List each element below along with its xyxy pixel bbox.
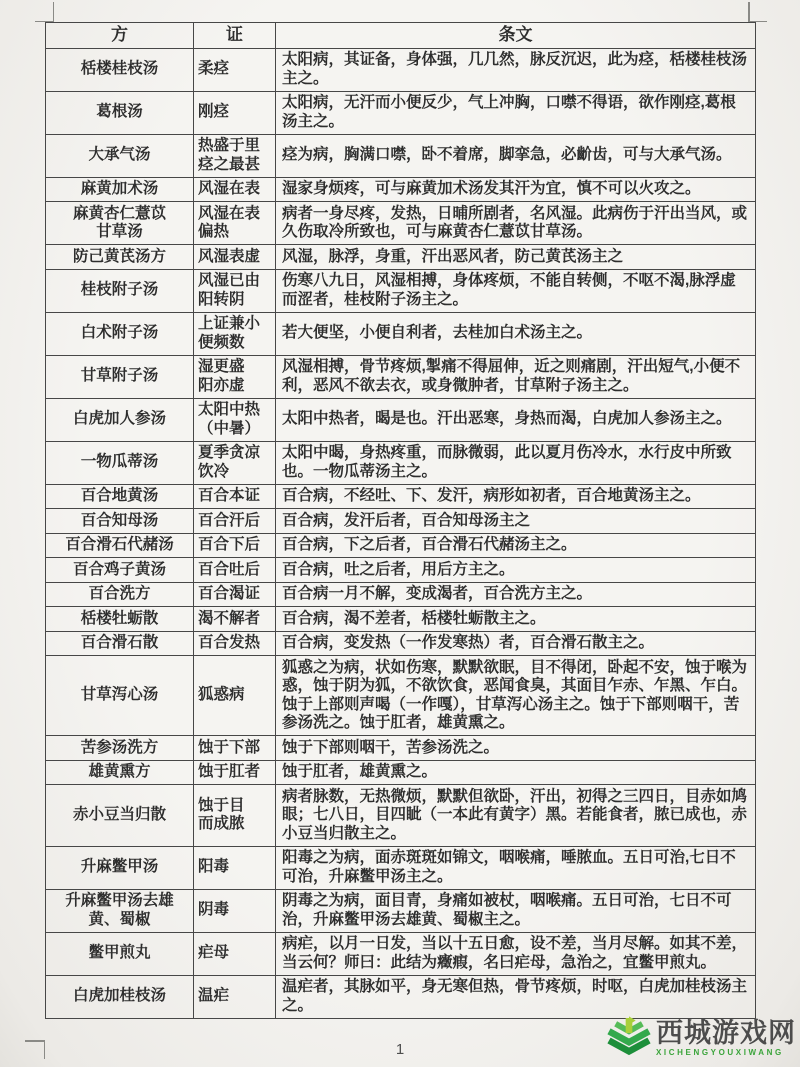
table-header-row: 方 证 条文 [46, 23, 756, 49]
formula-cell: 鳖甲煎丸 [46, 932, 194, 975]
formula-cell: 升麻鳖甲汤去雄 黄、蜀椒 [46, 889, 194, 932]
column-header-passage: 条文 [276, 23, 756, 49]
passage-cell: 痉为病，胸满口噤，卧不着席，脚挛急，必齘齿，可与大承气汤。 [276, 134, 756, 177]
formula-cell: 大承气汤 [46, 134, 194, 177]
syndrome-cell: 风湿表虚 [194, 245, 276, 270]
passage-cell: 百合病，渴不差者，栝楼牡蛎散主之。 [276, 607, 756, 632]
formula-cell: 百合滑石代赭汤 [46, 533, 194, 558]
table-row: 百合知母汤 百合汗后 百合病，发汗后者，百合知母汤主之 [46, 509, 756, 534]
watermark-site-name: 西城游戏网 [656, 1019, 796, 1047]
wheat-diamond-icon [604, 1013, 654, 1063]
formula-cell: 苦参汤洗方 [46, 736, 194, 761]
passage-cell: 伤寒八九日，风湿相搏，身体疼烦，不能自转侧，不呕不渴,脉浮虚而涩者，桂枝附子汤主… [276, 269, 756, 312]
formula-cell: 麻黄加术汤 [46, 177, 194, 202]
syndrome-cell: 太阳中热 （中暑） [194, 398, 276, 441]
syndrome-cell: 百合下后 [194, 533, 276, 558]
table-row: 防己黄芪汤方 风湿表虚 风湿，脉浮，身重，汗出恶风者，防己黄芪汤主之 [46, 245, 756, 270]
syndrome-cell: 百合汗后 [194, 509, 276, 534]
table-row: 甘草泻心汤 狐惑病 狐惑之为病，状如伤寒，默默欲眠，目不得闭，卧起不安，蚀于喉为… [46, 656, 756, 736]
passage-cell: 太阳病，无汗而小便反少，气上冲胸，口噤不得语，欲作刚痉,葛根汤主之。 [276, 91, 756, 134]
column-header-formula: 方 [46, 23, 194, 49]
table-row: 白虎加桂枝汤 温疟 温疟者，其脉如平，身无寒但热，骨节疼烦，时呕，白虎加桂枝汤主… [46, 975, 756, 1018]
passage-cell: 百合病，吐之后者，用后方主之。 [276, 558, 756, 583]
table-row: 赤小豆当归散 蚀于目 而成脓 病者脉数，无热微烦，默默但欲卧，汗出，初得之三四日… [46, 785, 756, 847]
formula-cell: 赤小豆当归散 [46, 785, 194, 847]
table-row: 百合洗方 百合渴证 百合病一月不解，变成渴者，百合洗方主之。 [46, 582, 756, 607]
syndrome-cell: 疟母 [194, 932, 276, 975]
document-page: 方 证 条文 栝楼桂枝汤 柔痉 太阳病，其证备，身体强，几几然，脉反沉迟，此为痉… [0, 0, 800, 1067]
passage-cell: 太阳中热者，暍是也。汗出恶寒，身热而渴，白虎加人参汤主之。 [276, 398, 756, 441]
column-header-syndrome: 证 [194, 23, 276, 49]
syndrome-cell: 夏季贪凉 饮冷 [194, 441, 276, 484]
formula-cell: 葛根汤 [46, 91, 194, 134]
syndrome-cell: 百合吐后 [194, 558, 276, 583]
syndrome-cell: 狐惑病 [194, 656, 276, 736]
table-row: 甘草附子汤 湿更盛 阳亦虚 风湿相搏，骨节疼烦,掣痛不得屈伸，近之则痛剧，汗出短… [46, 355, 756, 398]
passage-cell: 病者一身尽疼，发热，日晡所剧者，名风湿。此病伤于汗出当风，或久伤取冷所致也，可与… [276, 202, 756, 245]
table-row: 鳖甲煎丸 疟母 病疟，以月一日发，当以十五日愈，设不差，当月尽解。如其不差，当云… [46, 932, 756, 975]
syndrome-cell: 阴毒 [194, 889, 276, 932]
table-row: 桂枝附子汤 风湿已由 阳转阴 伤寒八九日，风湿相搏，身体疼烦，不能自转侧，不呕不… [46, 269, 756, 312]
watermark: 西城游戏网 XICHENGYOUXIWANG [604, 1013, 796, 1063]
passage-cell: 阳毒之为病，面赤斑斑如锦文，咽喉痛，唾脓血。五日可治,七日不可治，升麻鳖甲汤主之… [276, 846, 756, 889]
passage-cell: 百合病，变发热（一作发寒热）者，百合滑石散主之。 [276, 631, 756, 656]
syndrome-cell: 湿更盛 阳亦虚 [194, 355, 276, 398]
syndrome-cell: 上证兼小 便频数 [194, 312, 276, 355]
syndrome-cell: 百合渴证 [194, 582, 276, 607]
formula-cell: 升麻鳖甲汤 [46, 846, 194, 889]
crop-mark-bottom-left [25, 1040, 45, 1061]
syndrome-cell: 热盛于里 痉之最甚 [194, 134, 276, 177]
table-row: 一物瓜蒂汤 夏季贪凉 饮冷 太阳中暍，身热疼重，而脉微弱，此以夏月伤冷水，水行皮… [46, 441, 756, 484]
syndrome-cell: 温疟 [194, 975, 276, 1018]
table-row: 百合滑石代赭汤 百合下后 百合病，下之后者，百合滑石代赭汤主之。 [46, 533, 756, 558]
table-row: 麻黄加术汤 风湿在表 湿家身烦疼，可与麻黄加术汤发其汗为宜，慎不可以火攻之。 [46, 177, 756, 202]
passage-cell: 湿家身烦疼，可与麻黄加术汤发其汗为宜，慎不可以火攻之。 [276, 177, 756, 202]
syndrome-cell: 百合本证 [194, 484, 276, 509]
formula-cell: 百合洗方 [46, 582, 194, 607]
passage-cell: 蚀于下部则咽干，苦参汤洗之。 [276, 736, 756, 761]
passage-cell: 病疟，以月一日发，当以十五日愈，设不差，当月尽解。如其不差，当云何？师曰：此结为… [276, 932, 756, 975]
passage-cell: 百合病，不经吐、下、发汗，病形如初者，百合地黄汤主之。 [276, 484, 756, 509]
table-row: 白虎加人参汤 太阳中热 （中暑） 太阳中热者，暍是也。汗出恶寒，身热而渴，白虎加… [46, 398, 756, 441]
table-row: 雄黄熏方 蚀于肛者 蚀于肛者，雄黄熏之。 [46, 760, 756, 785]
table-row: 白术附子汤 上证兼小 便频数 若大便坚，小便自利者，去桂加白术汤主之。 [46, 312, 756, 355]
formula-cell: 一物瓜蒂汤 [46, 441, 194, 484]
table-row: 葛根汤 刚痉 太阳病，无汗而小便反少，气上冲胸，口噤不得语，欲作刚痉,葛根汤主之… [46, 91, 756, 134]
table-row: 升麻鳖甲汤 阳毒 阳毒之为病，面赤斑斑如锦文，咽喉痛，唾脓血。五日可治,七日不可… [46, 846, 756, 889]
passage-cell: 蚀于肛者，雄黄熏之。 [276, 760, 756, 785]
table-row: 苦参汤洗方 蚀于下部 蚀于下部则咽干，苦参汤洗之。 [46, 736, 756, 761]
table-row: 升麻鳖甲汤去雄 黄、蜀椒 阴毒 阴毒之为病，面目青，身痛如被杖，咽喉痛。五日可治… [46, 889, 756, 932]
passage-cell: 百合病，发汗后者，百合知母汤主之 [276, 509, 756, 534]
syndrome-cell: 风湿已由 阳转阴 [194, 269, 276, 312]
table-row: 百合地黄汤 百合本证 百合病，不经吐、下、发汗，病形如初者，百合地黄汤主之。 [46, 484, 756, 509]
watermark-text-block: 西城游戏网 XICHENGYOUXIWANG [656, 1019, 796, 1058]
passage-cell: 若大便坚，小便自利者，去桂加白术汤主之。 [276, 312, 756, 355]
passage-cell: 太阳中暍，身热疼重，而脉微弱，此以夏月伤冷水，水行皮中所致也。一物瓜蒂汤主之。 [276, 441, 756, 484]
table-row: 百合滑石散 百合发热 百合病，变发热（一作发寒热）者，百合滑石散主之。 [46, 631, 756, 656]
syndrome-cell: 刚痉 [194, 91, 276, 134]
syndrome-cell: 渴不解者 [194, 607, 276, 632]
table-row: 大承气汤 热盛于里 痉之最甚 痉为病，胸满口噤，卧不着席，脚挛急，必齘齿，可与大… [46, 134, 756, 177]
formula-cell: 雄黄熏方 [46, 760, 194, 785]
syndrome-cell: 柔痉 [194, 48, 276, 91]
formula-cell: 栝楼牡蛎散 [46, 607, 194, 632]
passage-cell: 太阳病，其证备，身体强，几几然，脉反沉迟，此为痉，栝楼桂枝汤主之。 [276, 48, 756, 91]
passage-cell: 百合病，下之后者，百合滑石代赭汤主之。 [276, 533, 756, 558]
formula-cell: 百合知母汤 [46, 509, 194, 534]
syndrome-cell: 风湿在表 [194, 177, 276, 202]
passage-cell: 温疟者，其脉如平，身无寒但热，骨节疼烦，时呕，白虎加桂枝汤主之。 [276, 975, 756, 1018]
syndrome-cell: 蚀于肛者 [194, 760, 276, 785]
table-row: 百合鸡子黄汤 百合吐后 百合病，吐之后者，用后方主之。 [46, 558, 756, 583]
formula-cell: 百合地黄汤 [46, 484, 194, 509]
passage-cell: 风湿相搏，骨节疼烦,掣痛不得屈伸，近之则痛剧，汗出短气,小便不利，恶风不欲去衣，… [276, 355, 756, 398]
passage-cell: 百合病一月不解，变成渴者，百合洗方主之。 [276, 582, 756, 607]
formula-cell: 白虎加桂枝汤 [46, 975, 194, 1018]
syndrome-cell: 蚀于下部 [194, 736, 276, 761]
crop-mark-top-right [748, 2, 768, 22]
formula-cell: 麻黄杏仁薏苡 甘草汤 [46, 202, 194, 245]
formula-cell: 甘草泻心汤 [46, 656, 194, 736]
formula-cell: 甘草附子汤 [46, 355, 194, 398]
syndrome-cell: 百合发热 [194, 631, 276, 656]
formula-cell: 百合滑石散 [46, 631, 194, 656]
formula-cell: 白虎加人参汤 [46, 398, 194, 441]
formula-cell: 防己黄芪汤方 [46, 245, 194, 270]
formula-syndrome-passage-table: 方 证 条文 栝楼桂枝汤 柔痉 太阳病，其证备，身体强，几几然，脉反沉迟，此为痉… [45, 22, 756, 1019]
passage-cell: 病者脉数，无热微烦，默默但欲卧，汗出，初得之三四日，目赤如鸠眼；七八日，目四眦（… [276, 785, 756, 847]
passage-cell: 风湿，脉浮，身重，汗出恶风者，防己黄芪汤主之 [276, 245, 756, 270]
table-row: 栝楼牡蛎散 渴不解者 百合病，渴不差者，栝楼牡蛎散主之。 [46, 607, 756, 632]
watermark-site-romanization: XICHENGYOUXIWANG [656, 1048, 796, 1058]
syndrome-cell: 阳毒 [194, 846, 276, 889]
formula-cell: 桂枝附子汤 [46, 269, 194, 312]
syndrome-cell: 蚀于目 而成脓 [194, 785, 276, 847]
passage-cell: 狐惑之为病，状如伤寒，默默欲眠，目不得闭，卧起不安，蚀于喉为惑，蚀于阴为狐，不欲… [276, 656, 756, 736]
table-row: 栝楼桂枝汤 柔痉 太阳病，其证备，身体强，几几然，脉反沉迟，此为痉，栝楼桂枝汤主… [46, 48, 756, 91]
formula-cell: 百合鸡子黄汤 [46, 558, 194, 583]
table-row: 麻黄杏仁薏苡 甘草汤 风湿在表 偏热 病者一身尽疼，发热，日晡所剧者，名风湿。此… [46, 202, 756, 245]
formula-cell: 白术附子汤 [46, 312, 194, 355]
formula-cell: 栝楼桂枝汤 [46, 48, 194, 91]
passage-cell: 阴毒之为病，面目青，身痛如被杖，咽喉痛。五日可治，七日不可治，升麻鳖甲汤去雄黄、… [276, 889, 756, 932]
crop-mark-top-left [34, 2, 54, 22]
syndrome-cell: 风湿在表 偏热 [194, 202, 276, 245]
